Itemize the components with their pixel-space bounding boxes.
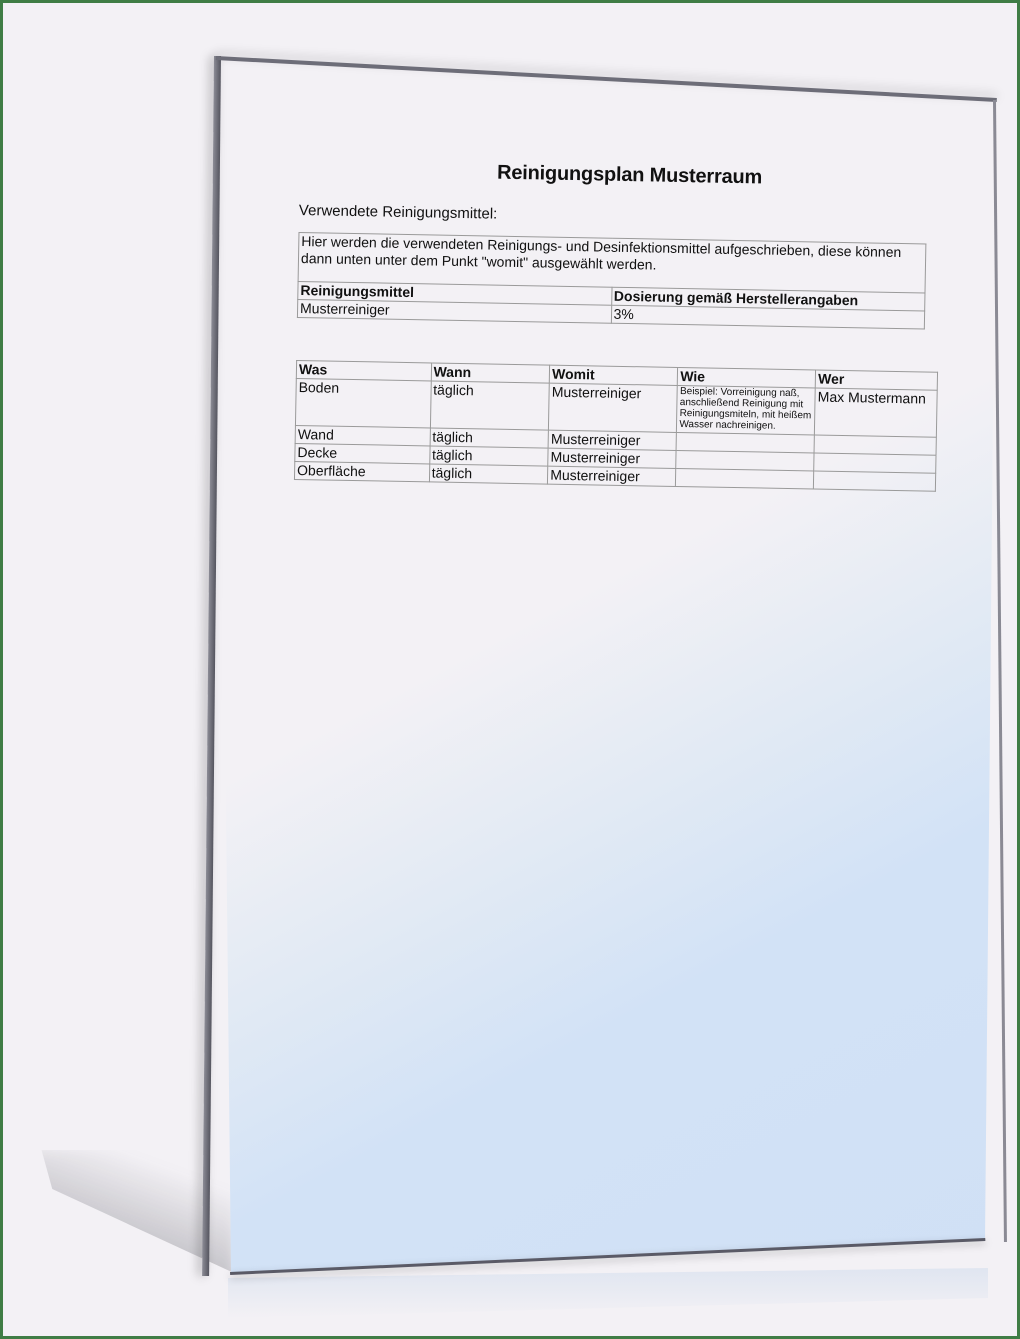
header-wer: Wer <box>815 370 937 390</box>
page-reflection <box>228 1268 988 1318</box>
cell-wann: täglich <box>430 381 549 430</box>
cell-wann: täglich <box>429 446 548 466</box>
cell-wie: Beispiel: Vorreinigung naß, anschließend… <box>677 385 816 435</box>
cleaning-plan-table: Was Wann Womit Wie Wer Boden täglich Mus… <box>294 360 938 492</box>
header-womit: Womit <box>549 365 677 385</box>
cell-womit: Musterreiniger <box>548 430 676 450</box>
page-edge-left <box>202 56 221 1276</box>
cleaning-agents-table: Hier werden die verwendeten Reinigungs- … <box>297 232 926 329</box>
cell-wer <box>814 471 936 491</box>
cell-was: Oberfläche <box>294 461 429 481</box>
cell-wer <box>814 435 936 455</box>
used-agents-label: Verwendete Reinigungsmittel: <box>299 202 498 223</box>
cell-womit: Musterreiniger <box>549 383 678 432</box>
cell-wann: täglich <box>429 464 548 484</box>
cell-wer: Max Mustermann <box>815 388 938 437</box>
cell-was: Boden <box>295 378 430 427</box>
cell-womit: Musterreiniger <box>548 466 676 486</box>
cell-womit: Musterreiniger <box>548 448 676 468</box>
header-was: Was <box>296 360 431 380</box>
cell-wie <box>676 468 814 489</box>
cell-wer <box>814 453 936 473</box>
cell-was: Decke <box>295 443 430 463</box>
header-wie: Wie <box>678 367 816 388</box>
cell-was: Wand <box>295 425 430 445</box>
header-wann: Wann <box>431 363 550 383</box>
page-edge-right <box>993 100 1007 1242</box>
document-page <box>0 0 1020 1339</box>
cell-wann: täglich <box>430 428 549 448</box>
